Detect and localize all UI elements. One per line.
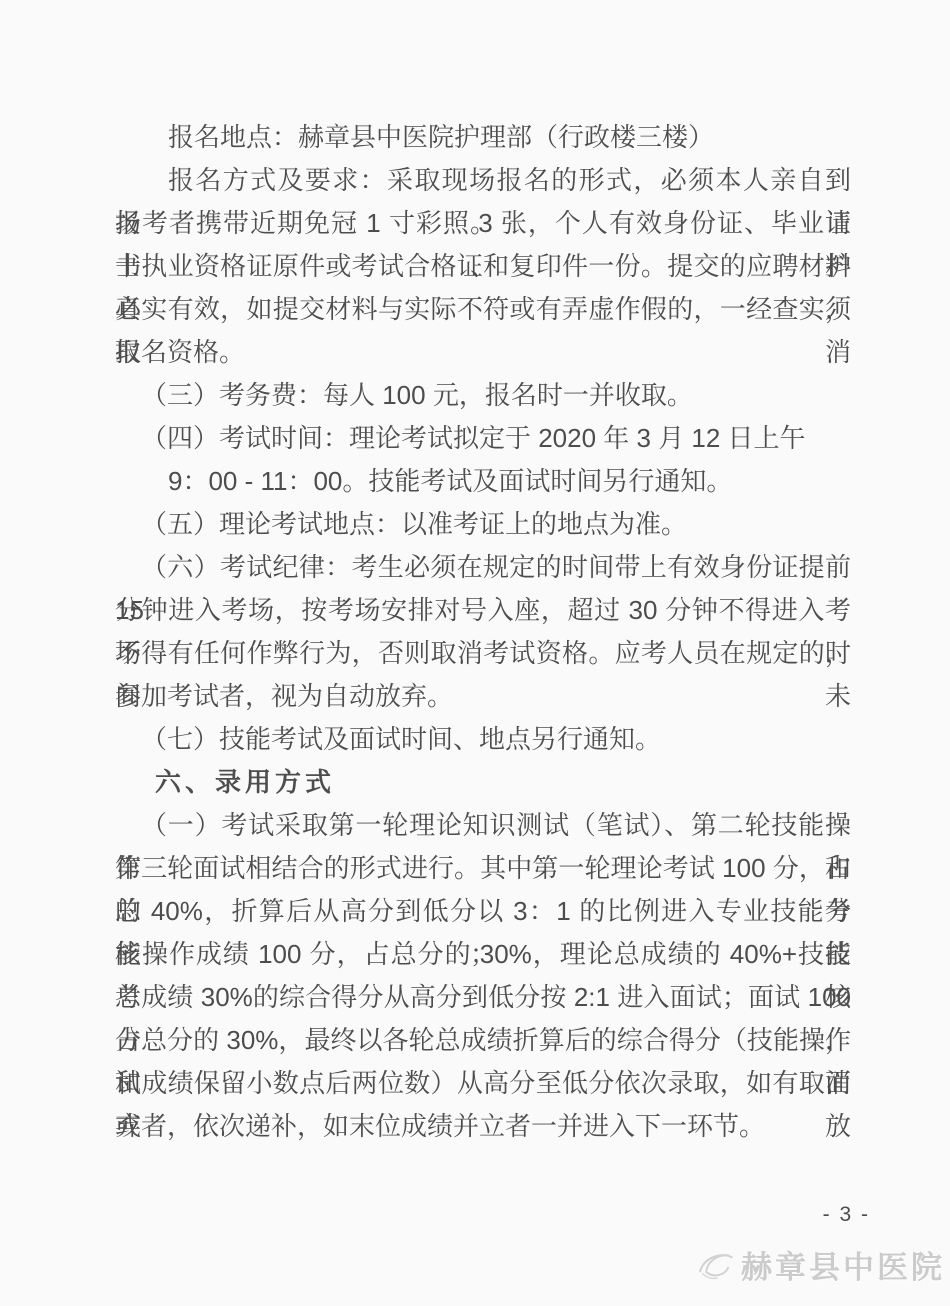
doc-line-item-7: （七）技能考试及面试时间、地点另行通知。 [115,718,851,761]
section-heading: 六、录用方式 [115,761,851,804]
doc-line: 试成绩保留小数点后两位数）从高分至低分依次录取，如有取消或放 [115,1062,851,1105]
watermark-text: 赫章县中医院 [741,1242,945,1287]
doc-line: 报考者携带近期免冠 1 寸彩照 3 张，个人有效身份证、毕业证书、护 [115,202,851,245]
doc-line: 能操作成绩 100 分，占总分的 30%，理论总成绩的 40%+技能考核 [115,933,851,976]
doc-line-item-1: （一）考试采取第一轮理论知识测试（笔试）、第二轮技能操作和 [115,804,851,847]
doc-line: 不得有任何作弊行为，否则取消考试资格。应考人员在规定的时间未 [115,632,851,675]
doc-line: 真实有效，如提交材料与实际不符或有弄虚作假的，一经查实，取消 [115,288,851,331]
doc-line: 第三轮面试相结合的形式进行。其中第一轮理论考试 100 分，占总分 [115,847,851,890]
doc-line: 报名方式及要求：采取现场报名的形式，必须本人亲自到场。请 [115,159,851,202]
doc-line-item-5: （五）理论考试地点：以准考证上的地点为准。 [115,503,851,546]
hospital-logo-icon [694,1244,736,1286]
doc-line: 士执业资格证原件或考试合格证和复印件一份。提交的应聘材料必须 [115,245,851,288]
doc-line: 总成绩 30%的综合得分从高分到低分按 2:1 进入面试；面试 100 分， [115,976,851,1019]
page-number: - 3 - [823,1203,870,1227]
doc-line: 报名地点：赫章县中医院护理部（行政楼三楼） [115,116,851,159]
doc-line-item-4: （四）考试时间：理论考试拟定于 2020 年 3 月 12 日上午 [115,417,851,460]
doc-line: 占总分的 30%，最终以各轮总成绩折算后的综合得分（技能操作和面 [115,1019,851,1062]
doc-line-item-3: （三）考务费：每人 100 元，报名时一并收取。 [115,374,851,417]
doc-line: 弃者，依次递补，如末位成绩并立者一并进入下一环节。 [115,1105,851,1148]
doc-line: 的 40%，折算后从高分到低分以 3：1 的比例进入专业技能考核；技 [115,890,851,933]
document-body: 报名地点：赫章县中医院护理部（行政楼三楼） 报名方式及要求：采取现场报名的形式，… [115,116,851,1148]
doc-line: 9：00 - 11：00。技能考试及面试时间另行通知。 [115,460,851,503]
doc-line: 分钟进入考场，按考场安排对号入座，超过 30 分钟不得进入考场， [115,589,851,632]
doc-line-item-6: （六）考试纪律：考生必须在规定的时间带上有效身份证提前 15 [115,546,851,589]
watermark: 赫章县中医院 [694,1242,945,1287]
document-page: 报名地点：赫章县中医院护理部（行政楼三楼） 报名方式及要求：采取现场报名的形式，… [0,0,950,1306]
